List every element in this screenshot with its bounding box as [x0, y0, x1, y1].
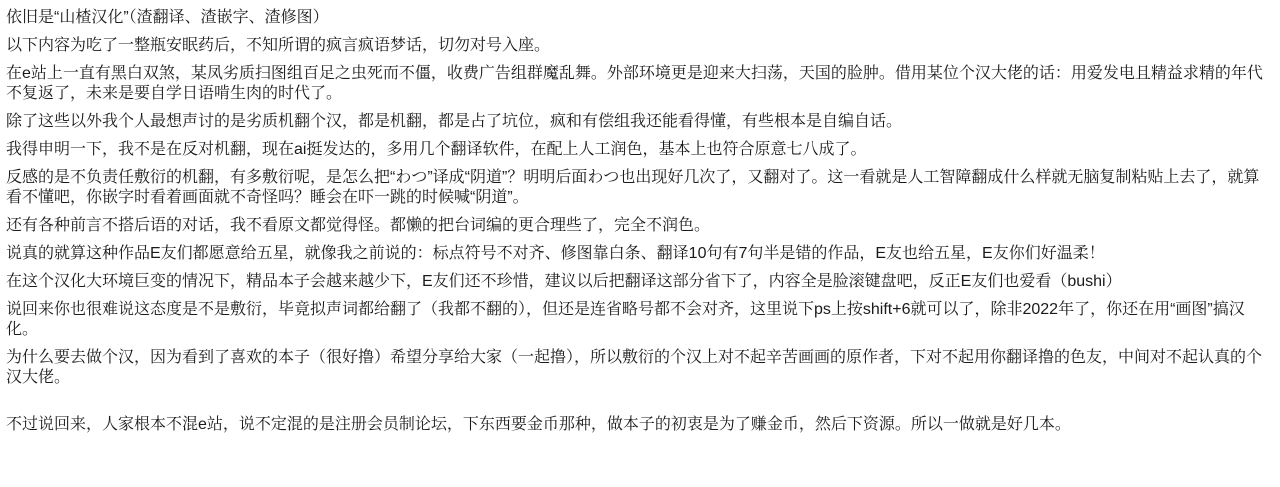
- text-document: 依旧是“山楂汉化”（渣翻译、渣嵌字、渣修图） 以下内容为吃了一整瓶安眠药后，不知…: [0, 0, 1280, 487]
- paragraph: 为什么要去做个汉，因为看到了喜欢的本子（很好撸）希望分享给大家（一起撸），所以敷…: [6, 348, 1270, 388]
- paragraph-disclaimer: 以下内容为吃了一整瓶安眠药后，不知所谓的疯言疯语梦话，切勿对号入座。: [6, 36, 1270, 56]
- paragraph: 除了这些以外我个人最想声讨的是劣质机翻个汉，都是机翻，都是占了坑位，疯和有偿组我…: [6, 112, 1270, 132]
- paragraph-closing: 不过说回来，人家根本不混e站，说不定混的是注册会员制论坛，下东西要金币那种，做本…: [6, 415, 1270, 435]
- paragraph: 还有各种前言不搭后语的对话，我不看原文都觉得怪。都懒的把台词编的更合理些了，完全…: [6, 216, 1270, 236]
- paragraph: 我得申明一下，我不是在反对机翻，现在ai挺发达的，多用几个翻译软件，在配上人工润…: [6, 140, 1270, 160]
- paragraph: 在这个汉化大环境巨变的情况下，精品本子会越来越少下，E友们还不珍惜，建议以后把翻…: [6, 272, 1270, 292]
- paragraph: 反感的是不负责任敷衍的机翻，有多敷衍呢，是怎么把“わつ”译成“阴道”？明明后面わ…: [6, 168, 1270, 208]
- paragraph: 说真的就算这种作品E友们都愿意给五星，就像我之前说的：标点符号不对齐、修图靠白条…: [6, 244, 1270, 264]
- paragraph-title: 依旧是“山楂汉化”（渣翻译、渣嵌字、渣修图）: [6, 8, 1270, 28]
- paragraph: 说回来你也很难说这态度是不是敷衍，毕竟拟声词都给翻了（我都不翻的），但还是连省略…: [6, 300, 1270, 340]
- paragraph: 在e站上一直有黑白双煞，某凤劣质扫图组百足之虫死而不僵，收费广告组群魔乱舞。外部…: [6, 64, 1270, 104]
